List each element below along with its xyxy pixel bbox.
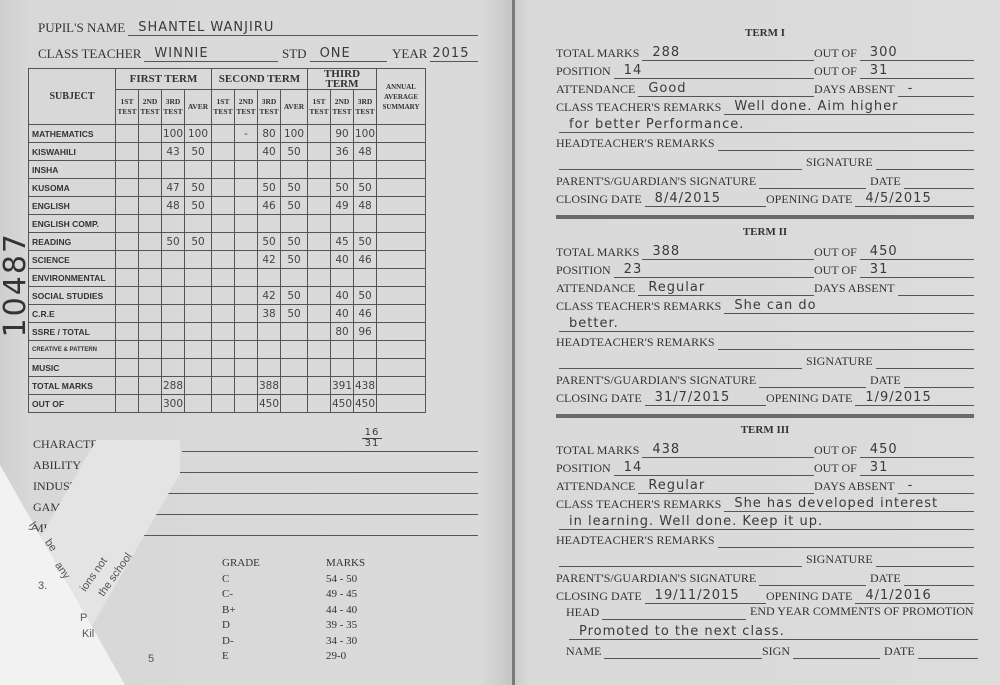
mark-cell — [185, 359, 212, 377]
annual-summary-cell — [377, 323, 426, 341]
mark-cell — [281, 395, 308, 413]
total-marks-field: TOTAL MARKS388 — [556, 244, 814, 260]
mark-cell: 288 — [162, 377, 185, 395]
mark-cell: 50 — [281, 251, 308, 269]
mark-cell — [235, 359, 258, 377]
total-marks-field-value: 388 — [652, 244, 680, 259]
mark-cell: 50 — [354, 287, 377, 305]
mark-cell — [212, 395, 235, 413]
mark-cell — [212, 377, 235, 395]
closing-date-field-value: 19/11/2015 — [655, 588, 740, 603]
mark-cell — [162, 341, 185, 359]
days-absent-field: DAYS ABSENT — [814, 280, 974, 296]
head-field: HEAD — [566, 604, 746, 620]
opening-date-field: OPENING DATE4/5/2015 — [766, 191, 974, 207]
headteacher-remarks-field: HEADTEACHER'S REMARKS — [556, 135, 974, 151]
mark-cell: 40 — [331, 305, 354, 323]
sub-header-first-3: AVER — [185, 90, 212, 125]
mark-cell — [308, 251, 331, 269]
mark-cell — [185, 377, 212, 395]
subject-cell: ENGLISH COMP. — [29, 215, 116, 233]
sub-header-third-2: 3RD TEST — [354, 90, 377, 125]
mark-cell: 100 — [281, 125, 308, 143]
second-term-header: SECOND TERM — [212, 69, 308, 90]
position-field-value: 23 — [624, 262, 643, 277]
total-marks-field: TOTAL MARKS438 — [556, 442, 814, 458]
annual-summary-cell — [377, 251, 426, 269]
class-teacher-remarks-field-value: She has developed interest — [734, 496, 938, 511]
table-row: KISWAHILI435040503648 — [29, 143, 426, 161]
mark-cell — [308, 179, 331, 197]
out-of-field: OUT OF450 — [814, 442, 974, 458]
mark-cell: 50 — [281, 197, 308, 215]
signature-field: SIGNATURE — [806, 551, 974, 567]
headteacher-remarks-line2 — [556, 154, 802, 170]
mark-cell — [116, 197, 139, 215]
mark-cell — [116, 305, 139, 323]
mark-cell: 50 — [281, 179, 308, 197]
mark-cell — [162, 161, 185, 179]
closing-date-field: CLOSING DATE31/7/2015 — [556, 390, 766, 406]
mark-cell — [258, 161, 281, 179]
mark-cell — [162, 215, 185, 233]
opening-date-field: OPENING DATE1/9/2015 — [766, 390, 974, 406]
class-teacher-remarks-field: CLASS TEACHER'S REMARKSShe has developed… — [556, 496, 974, 512]
mark-cell — [308, 215, 331, 233]
mark-cell — [212, 323, 235, 341]
subject-cell: TOTAL MARKS — [29, 377, 116, 395]
mark-cell — [212, 143, 235, 161]
end-year-comments-label: END YEAR COMMENTS OF PROMOTION — [750, 604, 980, 619]
mark-cell — [116, 125, 139, 143]
mark-cell — [139, 125, 162, 143]
mark-cell — [162, 323, 185, 341]
sub-header-third-0: 1ST TEST — [308, 90, 331, 125]
mark-cell — [235, 179, 258, 197]
folded-page-text: Kil — [82, 628, 94, 640]
mark-cell: 391 — [331, 377, 354, 395]
class-teacher-remarks-line2: for better Performance. — [556, 117, 974, 133]
year-value: 2015 — [432, 46, 469, 61]
marks-range: 39 - 35 — [326, 618, 365, 634]
marks-range: 34 - 30 — [326, 634, 365, 650]
position-out-of-field-value: 31 — [870, 63, 889, 78]
subject-cell: ENGLISH — [29, 197, 116, 215]
mark-cell: 46 — [354, 305, 377, 323]
mark-cell: 80 — [258, 125, 281, 143]
name-field: NAME — [566, 643, 762, 659]
mark-cell — [308, 143, 331, 161]
annual-summary-cell — [377, 305, 426, 323]
mark-cell: 50 — [354, 179, 377, 197]
promotion-comment-field-value: Promoted to the next class. — [579, 624, 785, 639]
position-out-of-field-value: 31 — [870, 460, 889, 475]
mark-cell — [308, 125, 331, 143]
mark-cell: 38 — [258, 305, 281, 323]
mark-cell: 42 — [258, 251, 281, 269]
mark-cell — [185, 323, 212, 341]
headteacher-remarks-line2 — [556, 353, 802, 369]
position-out-of-field: OUT OF31 — [814, 63, 974, 79]
subject-cell: MUSIC — [29, 359, 116, 377]
mark-cell: 50 — [331, 179, 354, 197]
mark-cell — [212, 179, 235, 197]
subject-cell: OUT OF — [29, 395, 116, 413]
mark-cell: 50 — [281, 287, 308, 305]
mark-cell — [281, 377, 308, 395]
mark-cell: 100 — [162, 125, 185, 143]
out-of-field-value: 450 — [870, 442, 898, 457]
opening-date-field-value: 4/5/2015 — [865, 191, 931, 206]
annual-summary-cell — [377, 395, 426, 413]
mark-cell — [185, 215, 212, 233]
marks-column: MARKS 54 - 5049 - 4544 - 4039 - 3534 - 3… — [326, 556, 365, 665]
class-teacher-remarks-field: CLASS TEACHER'S REMARKSShe can do — [556, 298, 974, 314]
headteacher-remarks-field: HEADTEACHER'S REMARKS — [556, 532, 974, 548]
out-of-field: OUT OF300 — [814, 45, 974, 61]
table-row: READING505050504550 — [29, 233, 426, 251]
closing-date-field: CLOSING DATE8/4/2015 — [556, 191, 766, 207]
mark-cell: 50 — [281, 233, 308, 251]
mark-cell — [258, 269, 281, 287]
mark-cell — [116, 359, 139, 377]
subject-header: SUBJECT — [29, 69, 116, 125]
mark-cell — [139, 377, 162, 395]
mark-cell — [235, 323, 258, 341]
mark-cell — [281, 215, 308, 233]
mark-cell: 43 — [162, 143, 185, 161]
parent-signature-field: PARENT'S/GUARDIAN'S SIGNATURE — [556, 173, 866, 189]
position-out-of-field: OUT OF31 — [814, 262, 974, 278]
mark-cell — [139, 269, 162, 287]
subject-cell: MATHEMATICS — [29, 125, 116, 143]
mark-cell: 50 — [258, 179, 281, 197]
first-term-header: FIRST TERM — [116, 69, 212, 90]
position-field: POSITION23 — [556, 262, 814, 278]
promotion-comment-field: Promoted to the next class. — [566, 624, 978, 640]
attendance-field: ATTENDANCEGood — [556, 81, 814, 97]
mark-cell — [235, 305, 258, 323]
mark-cell — [354, 341, 377, 359]
class-teacher-remarks-line2: better. — [556, 316, 974, 332]
sub-header-first-2: 3RD TEST — [162, 90, 185, 125]
signature-field: SIGNATURE — [806, 353, 974, 369]
table-row: ENVIRONMENTAL — [29, 269, 426, 287]
mark-cell: 40 — [331, 287, 354, 305]
mark-cell — [354, 215, 377, 233]
mark-cell — [235, 287, 258, 305]
subject-cell: SSRE / TOTAL — [29, 323, 116, 341]
mark-cell: 96 — [354, 323, 377, 341]
mark-cell: 47 — [162, 179, 185, 197]
annual-summary-cell — [377, 287, 426, 305]
mark-cell: 100 — [354, 125, 377, 143]
annual-summary-cell — [377, 269, 426, 287]
sign-field: SIGN — [762, 643, 880, 659]
mark-cell — [185, 161, 212, 179]
mark-cell — [185, 269, 212, 287]
mark-cell — [308, 233, 331, 251]
mark-cell: 50 — [185, 197, 212, 215]
mark-cell: 90 — [331, 125, 354, 143]
parent-date-field: DATE — [870, 372, 974, 388]
mark-cell — [281, 161, 308, 179]
mark-cell — [331, 359, 354, 377]
attendance-field-value: Regular — [648, 280, 705, 295]
mark-cell: 40 — [331, 251, 354, 269]
mark-cell: - — [235, 125, 258, 143]
mark-cell — [331, 341, 354, 359]
mark-cell: 50 — [185, 143, 212, 161]
subject-cell: KISWAHILI — [29, 143, 116, 161]
mark-cell — [354, 269, 377, 287]
mark-cell — [212, 341, 235, 359]
class-teacher-remarks-line2-value: better. — [569, 316, 619, 331]
mark-cell: 450 — [331, 395, 354, 413]
term-divider — [556, 215, 974, 219]
mark-cell — [139, 251, 162, 269]
mark-cell — [116, 161, 139, 179]
class-teacher-remarks-field-value: Well done. Aim higher — [734, 99, 898, 114]
table-row: CREATIVE & PATTERN — [29, 341, 426, 359]
annual-summary-cell — [377, 197, 426, 215]
mark-cell — [281, 269, 308, 287]
grade-value: B+ — [222, 603, 260, 619]
mark-cell: 48 — [162, 197, 185, 215]
mark-cell — [116, 395, 139, 413]
mark-cell: 49 — [331, 197, 354, 215]
std-field: STD ONE — [282, 46, 387, 62]
table-row: OUT OF300450450450 — [29, 395, 426, 413]
sub-header-second-0: 1ST TEST — [212, 90, 235, 125]
mark-cell — [139, 143, 162, 161]
mark-cell — [354, 359, 377, 377]
mark-cell: 50 — [281, 305, 308, 323]
table-row: TOTAL MARKS288388391438 — [29, 377, 426, 395]
mark-cell — [308, 359, 331, 377]
mark-cell — [162, 359, 185, 377]
parent-signature-field: PARENT'S/GUARDIAN'S SIGNATURE — [556, 372, 866, 388]
mark-cell — [139, 323, 162, 341]
mark-cell: 45 — [331, 233, 354, 251]
mark-cell — [308, 161, 331, 179]
mark-cell — [308, 395, 331, 413]
sub-header-first-0: 1ST TEST — [116, 90, 139, 125]
third-term-header: THIRD TERM — [308, 69, 377, 90]
mark-cell — [116, 179, 139, 197]
mark-cell — [235, 395, 258, 413]
mark-cell — [308, 197, 331, 215]
mark-cell: 40 — [258, 143, 281, 161]
position-field: POSITION14 — [556, 63, 814, 79]
mark-cell — [308, 305, 331, 323]
headteacher-remarks-line2 — [556, 551, 802, 567]
mark-cell: 388 — [258, 377, 281, 395]
sub-header-second-2: 3RD TEST — [258, 90, 281, 125]
mark-cell — [212, 305, 235, 323]
table-row: SSRE / TOTAL8096 — [29, 323, 426, 341]
term-title: TERM I — [556, 27, 974, 39]
mark-cell — [308, 377, 331, 395]
class-teacher-value: WINNIE — [154, 46, 208, 61]
mark-cell: 46 — [354, 251, 377, 269]
class-teacher-remarks-line2: in learning. Well done. Keep it up. — [556, 514, 974, 530]
opening-date-field-value: 1/9/2015 — [865, 390, 931, 405]
mark-cell — [308, 269, 331, 287]
position-out-of-field: OUT OF31 — [814, 460, 974, 476]
mark-cell — [185, 341, 212, 359]
mark-cell — [258, 215, 281, 233]
subject-cell: ENVIRONMENTAL — [29, 269, 116, 287]
grade-value: C — [222, 572, 260, 588]
mark-cell: 42 — [258, 287, 281, 305]
position-out-of-field-value: 31 — [870, 262, 889, 277]
attendance-field-value: Good — [648, 81, 686, 96]
parent-signature-field: PARENT'S/GUARDIAN'S SIGNATURE — [556, 570, 866, 586]
class-teacher-remarks-field-value: She can do — [734, 298, 816, 313]
mark-cell — [235, 233, 258, 251]
closing-date-field-value: 31/7/2015 — [655, 390, 731, 405]
pupil-name-value: SHANTEL WANJIRU — [138, 20, 274, 35]
table-row: INSHA — [29, 161, 426, 179]
std-value: ONE — [320, 46, 351, 61]
sub-header-first-1: 2ND TEST — [139, 90, 162, 125]
mark-cell — [281, 341, 308, 359]
annual-summary-cell — [377, 359, 426, 377]
term-title: TERM II — [556, 226, 974, 238]
mark-cell — [281, 323, 308, 341]
position-field-value: 14 — [624, 63, 643, 78]
mark-cell — [162, 287, 185, 305]
mark-cell — [185, 251, 212, 269]
mark-cell — [116, 269, 139, 287]
opening-date-field: OPENING DATE4/1/2016 — [766, 588, 974, 604]
mark-cell — [212, 125, 235, 143]
table-row: SCIENCE42504046 — [29, 251, 426, 269]
mark-cell — [308, 323, 331, 341]
opening-date-field-value: 4/1/2016 — [865, 588, 931, 603]
mark-cell — [139, 197, 162, 215]
subject-cell: SCIENCE — [29, 251, 116, 269]
mark-cell: 450 — [354, 395, 377, 413]
table-row: ENGLISH COMP. — [29, 215, 426, 233]
mark-cell — [116, 341, 139, 359]
position-field-value: 14 — [624, 460, 643, 475]
mark-cell — [258, 359, 281, 377]
mark-cell — [235, 215, 258, 233]
marks-range: 29-0 — [326, 649, 365, 665]
mark-cell — [162, 269, 185, 287]
mark-cell — [331, 215, 354, 233]
marks-range: 44 - 40 — [326, 603, 365, 619]
mark-cell: 50 — [185, 179, 212, 197]
mark-cell: 48 — [354, 197, 377, 215]
mark-cell: 48 — [354, 143, 377, 161]
mark-cell — [258, 323, 281, 341]
attendance-field: ATTENDANCERegular — [556, 280, 814, 296]
mark-cell: 438 — [354, 377, 377, 395]
mark-cell — [139, 179, 162, 197]
term-title: TERM III — [556, 424, 974, 436]
sub-header-second-3: AVER — [281, 90, 308, 125]
annual-summary-cell — [377, 125, 426, 143]
annual-summary-cell — [377, 179, 426, 197]
table-row: C.R.E38504046 — [29, 305, 426, 323]
folded-page-text: P — [80, 612, 87, 624]
days-absent-field-value: - — [908, 81, 914, 96]
mark-cell — [162, 251, 185, 269]
marks-range: 54 - 50 — [326, 572, 365, 588]
mark-cell: 50 — [354, 233, 377, 251]
mark-cell — [162, 305, 185, 323]
annual-summary-cell — [377, 341, 426, 359]
mark-cell — [212, 161, 235, 179]
subject-cell: READING — [29, 233, 116, 251]
mark-cell — [139, 161, 162, 179]
closing-date-field: CLOSING DATE19/11/2015 — [556, 588, 766, 604]
mark-cell — [116, 287, 139, 305]
mark-cell — [281, 359, 308, 377]
class-teacher-remarks-field: CLASS TEACHER'S REMARKSWell done. Aim hi… — [556, 99, 974, 115]
mark-cell — [116, 377, 139, 395]
annual-summary-cell — [377, 377, 426, 395]
mark-cell — [212, 269, 235, 287]
mark-cell — [308, 287, 331, 305]
mark-cell — [116, 215, 139, 233]
mark-cell — [212, 287, 235, 305]
subject-cell: KUSOMA — [29, 179, 116, 197]
mark-cell — [235, 269, 258, 287]
mark-cell — [212, 197, 235, 215]
mark-cell — [331, 269, 354, 287]
signature-field: SIGNATURE — [806, 154, 974, 170]
grade-column: GRADE CC-B+DD-E — [222, 556, 260, 665]
days-absent-field: DAYS ABSENT- — [814, 478, 974, 494]
mark-cell — [185, 305, 212, 323]
mark-cell — [235, 161, 258, 179]
attendance-field-value: Regular — [648, 478, 705, 493]
grade-value: D — [222, 618, 260, 634]
mark-cell — [308, 341, 331, 359]
marks-range: 49 - 45 — [326, 587, 365, 603]
mark-cell — [331, 161, 354, 179]
position-field: POSITION14 — [556, 460, 814, 476]
mark-cell: 50 — [162, 233, 185, 251]
grade-value: C- — [222, 587, 260, 603]
mark-cell — [116, 323, 139, 341]
mark-cell: 46 — [258, 197, 281, 215]
grade-value: E — [222, 649, 260, 665]
mark-cell: 80 — [331, 323, 354, 341]
sub-header-third-1: 2ND TEST — [331, 90, 354, 125]
annual-summary-cell — [377, 215, 426, 233]
out-of-field-value: 300 — [870, 45, 898, 60]
mark-cell — [258, 341, 281, 359]
mark-cell: 100 — [185, 125, 212, 143]
mark-cell — [212, 215, 235, 233]
total-marks-field: TOTAL MARKS288 — [556, 45, 814, 61]
subject-cell: INSHA — [29, 161, 116, 179]
mark-cell — [235, 341, 258, 359]
mark-cell — [116, 233, 139, 251]
grade-value: D- — [222, 634, 260, 650]
mark-cell: 450 — [258, 395, 281, 413]
table-row: SOCIAL STUDIES42504050 — [29, 287, 426, 305]
mark-cell: 50 — [258, 233, 281, 251]
table-row: MUSIC — [29, 359, 426, 377]
class-teacher-remarks-line2-value: for better Performance. — [569, 117, 744, 132]
mark-cell — [139, 233, 162, 251]
